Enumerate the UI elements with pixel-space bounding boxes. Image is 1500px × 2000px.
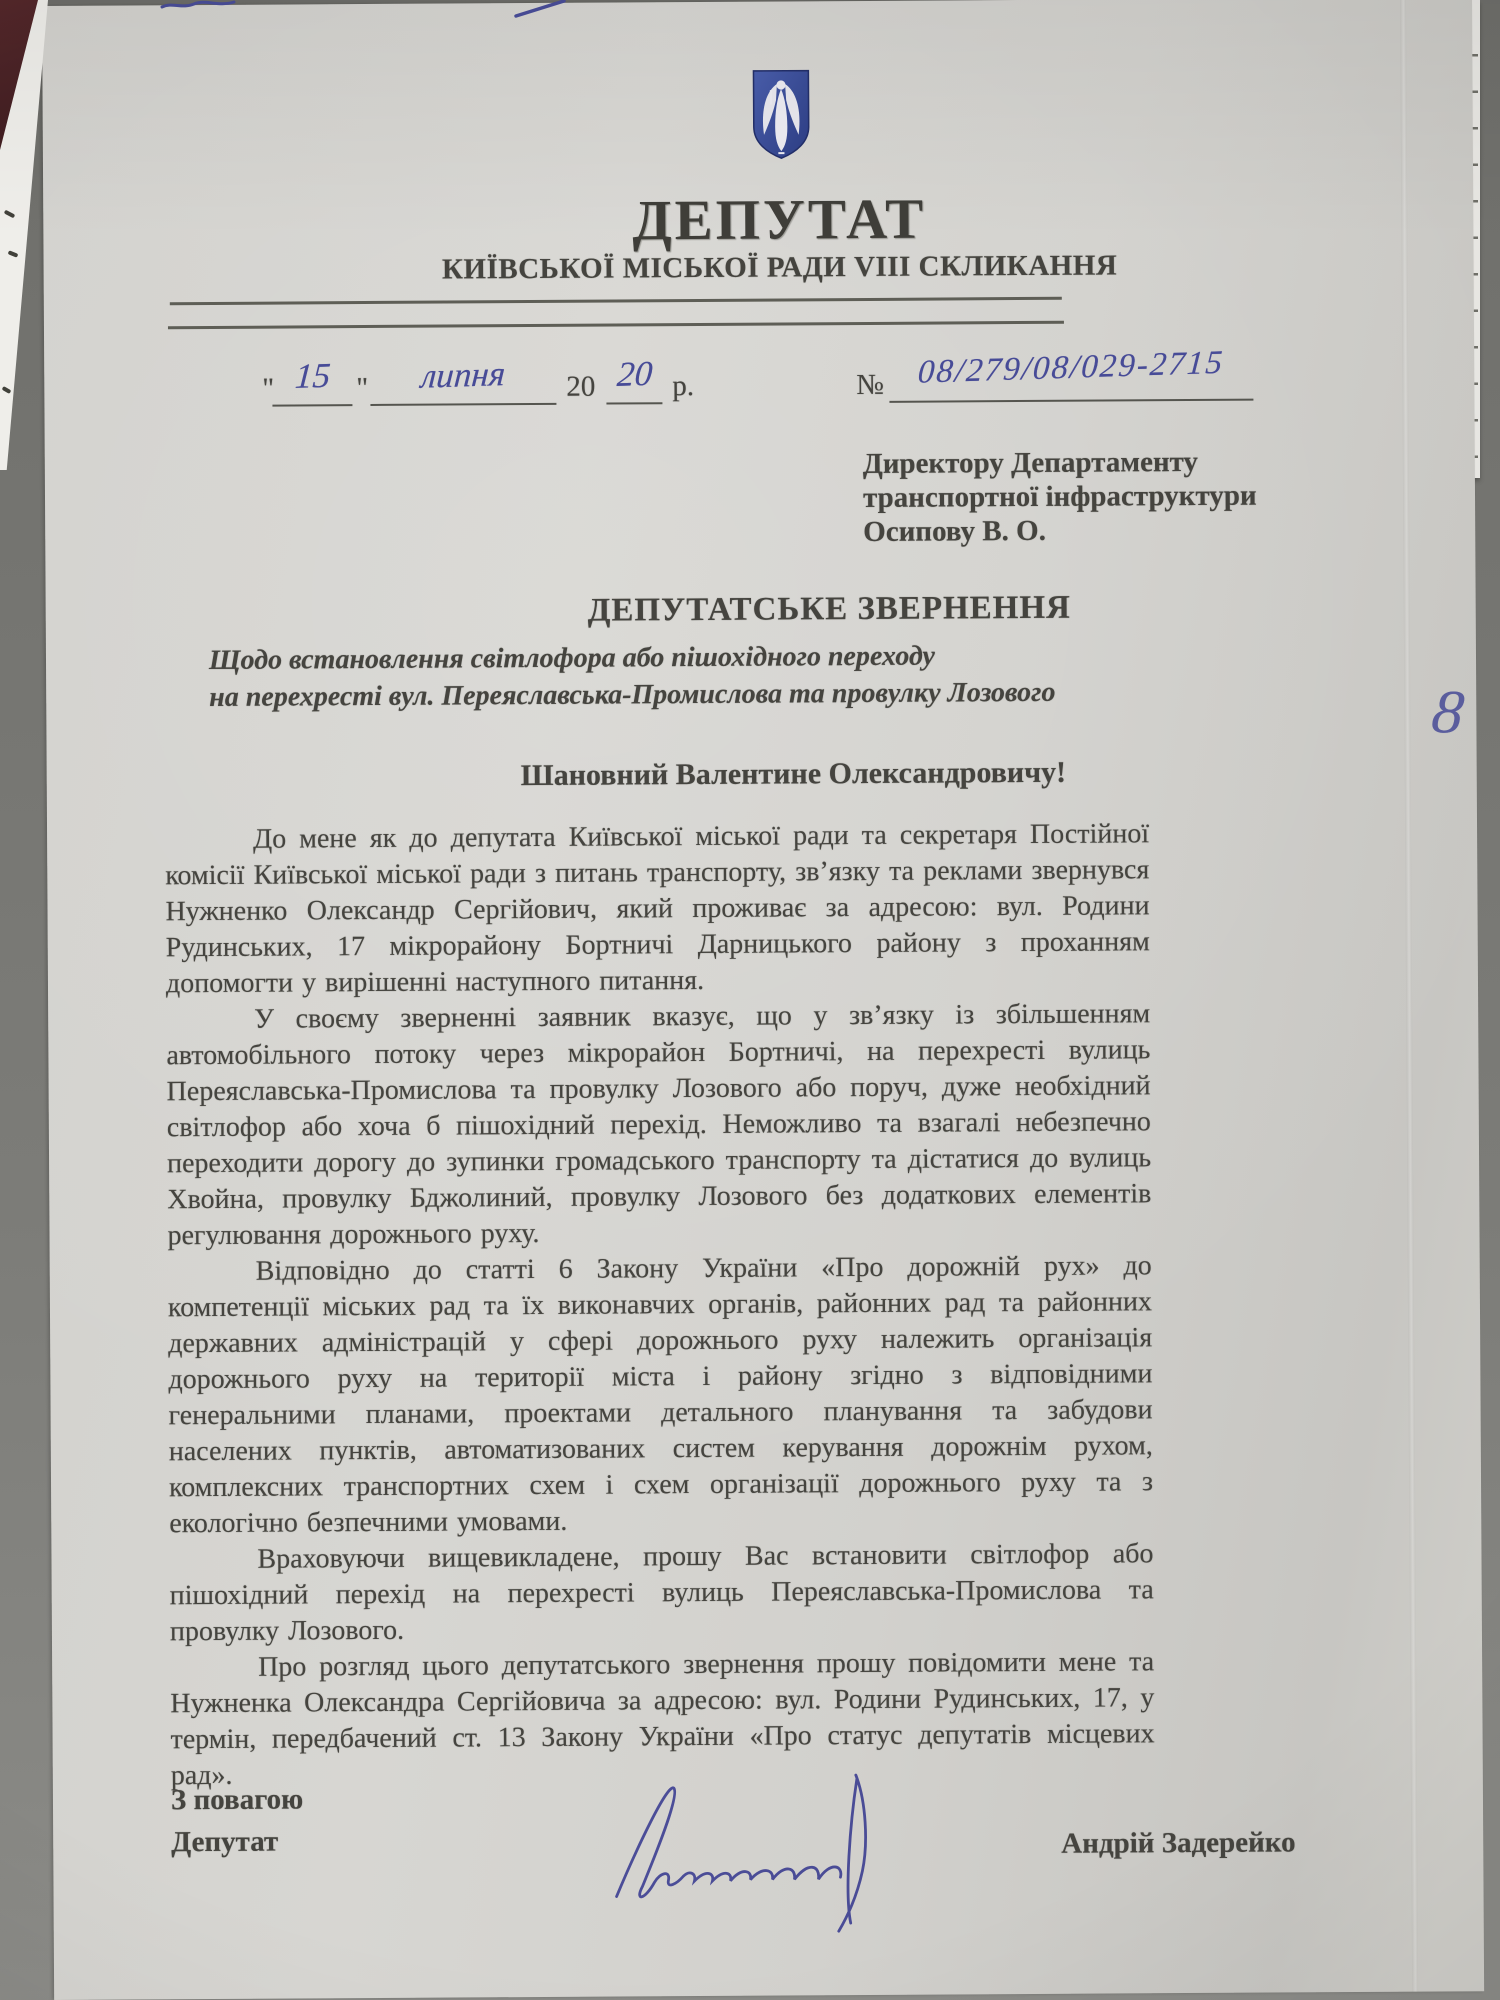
- handwritten-signature: [556, 1753, 917, 1951]
- recipient-line: Директору Департаменту: [863, 445, 1257, 481]
- paragraph-3: Відповідно до статті 6 Закону України «П…: [168, 1248, 1154, 1542]
- letterhead-rule-top: [170, 297, 1062, 305]
- letterhead-title: ДЕПУТАТ: [632, 187, 926, 254]
- date-day-handwritten: 15: [293, 356, 331, 397]
- top-edge-ink-stroke: [512, 0, 568, 18]
- date-month-handwritten: липня: [420, 354, 507, 397]
- date-day-blank: 15: [272, 356, 352, 406]
- recipient-block: Директору Департаменту транспортної інфр…: [863, 445, 1257, 549]
- paragraph-1: До мене як до депутата Київської міської…: [165, 816, 1150, 1002]
- closing-block: З повагою Депутат: [171, 1778, 304, 1863]
- edge-mark: [4, 210, 16, 219]
- signatory-position: Депутат: [171, 1820, 304, 1863]
- photo-of-document: ДЕПУТАТ КИЇВСЬКОЇ МІСЬКОЇ РАДИ VIII СКЛИ…: [0, 0, 1500, 2000]
- recipient-line: Осипову В. О.: [863, 513, 1257, 549]
- letter-body: До мене як до депутата Київської міської…: [165, 816, 1155, 1794]
- kyiv-coat-of-arms-icon: [750, 67, 812, 161]
- document-number-blank: 08/279/08/029-2715: [889, 349, 1253, 403]
- top-edge-ink-mark: [160, 0, 240, 12]
- subject-lines: Щодо встановлення світлофора або пішохід…: [209, 637, 1056, 716]
- year-blank: 20: [606, 354, 662, 404]
- recipient-line: транспортної інфраструктури: [863, 479, 1257, 515]
- edge-mark: [2, 386, 12, 394]
- paragraph-2: У своєму зверненні заявник вказує, що у …: [166, 996, 1152, 1254]
- margin-note-number: 8: [1428, 677, 1467, 749]
- subject-line-2: на перехресті вул. Переяславська-Промисл…: [209, 674, 1055, 716]
- edge-mark: [8, 250, 19, 257]
- salutation: Шановний Валентине Олександровичу!: [521, 756, 1067, 793]
- paragraph-4: Враховуючи вищевикладене, прошу Вас вста…: [169, 1536, 1154, 1650]
- closing-phrase: З повагою: [171, 1778, 304, 1821]
- year-printed: 20: [566, 371, 595, 404]
- date-month-blank: липня: [370, 355, 556, 406]
- document-sheet: ДЕПУТАТ КИЇВСЬКОЇ МІСЬКОЇ РАДИ VIII СКЛИ…: [42, 0, 1484, 2000]
- letterhead-rule-bottom: [168, 321, 1064, 329]
- signatory-name: Андрій Задерейко: [1061, 1826, 1296, 1860]
- number-sign: №: [856, 369, 884, 402]
- document-number-handwritten: 08/279/08/029-2715: [917, 345, 1226, 392]
- letterhead-subtitle: КИЇВСЬКОЇ МІСЬКОЇ РАДИ VIII СКЛИКАННЯ: [442, 249, 1118, 286]
- year-suffix: р.: [672, 370, 694, 403]
- document-heading: ДЕПУТАТСЬКЕ ЗВЕРНЕННЯ: [588, 590, 1071, 630]
- year-handwritten: 20: [615, 354, 653, 395]
- paper-crease: [1400, 0, 1418, 1992]
- subject-line-1: Щодо встановлення світлофора або пішохід…: [209, 637, 1055, 679]
- date-quote-close: ": [356, 372, 368, 405]
